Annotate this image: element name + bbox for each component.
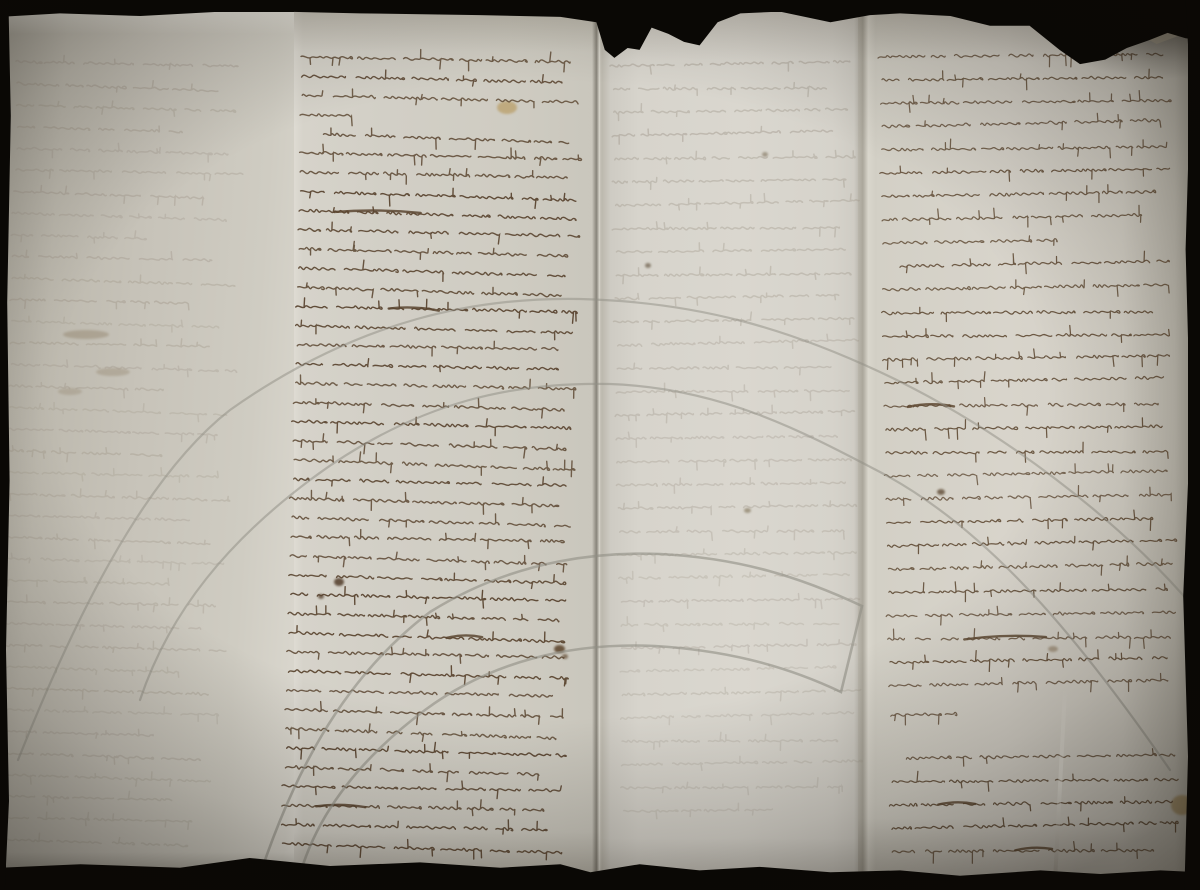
handwritten-line [289, 490, 559, 517]
left-page-handwriting [280, 46, 586, 863]
handwriting-layer [0, 0, 1200, 890]
handwritten-line [0, 832, 188, 847]
handwritten-line [886, 417, 1163, 441]
handwritten-line [8, 463, 218, 484]
handwritten-line [1, 637, 226, 657]
handwritten-line [883, 278, 1170, 300]
handwritten-line [6, 533, 210, 552]
handwritten-line [5, 445, 162, 464]
handwritten-line [18, 122, 183, 133]
handwritten-line [884, 395, 1158, 417]
handwritten-line [0, 702, 219, 723]
handwritten-line [293, 394, 564, 419]
manuscript-scan: 13 6 [0, 0, 1200, 890]
handwritten-line [285, 701, 564, 729]
handwritten-line [285, 760, 539, 784]
handwritten-line [616, 381, 849, 404]
handwritten-line [292, 509, 571, 532]
handwritten-line [886, 441, 1168, 464]
handwritten-line [888, 555, 1172, 578]
handwritten-line [616, 241, 845, 254]
handwritten-line [287, 688, 553, 698]
handwritten-line [621, 614, 839, 632]
handwritten-line [883, 236, 1058, 248]
handwritten-line [282, 836, 562, 862]
handwritten-line [882, 112, 1161, 132]
handwritten-line [889, 673, 1168, 694]
handwritten-line [613, 311, 854, 330]
watermark-arc [140, 384, 1170, 770]
handwritten-line [616, 476, 845, 494]
handwritten-line [17, 98, 236, 117]
handwritten-line [886, 604, 1175, 626]
handwritten-line [880, 162, 1170, 183]
handwritten-line [892, 815, 1178, 836]
handwritten-line [10, 297, 189, 313]
handwritten-line [299, 258, 566, 284]
handwritten-line [301, 68, 562, 89]
handwritten-line [882, 184, 1156, 206]
handwritten-line [885, 369, 1164, 389]
handwritten-line [291, 585, 566, 610]
handwritten-line [12, 210, 226, 221]
handwritten-line [616, 429, 837, 447]
strikethrough-mark [389, 307, 439, 311]
handwritten-line [882, 324, 1169, 346]
handwritten-line [12, 316, 219, 334]
handwritten-line [301, 46, 571, 74]
handwritten-line [884, 463, 1167, 486]
handwritten-line [286, 722, 556, 746]
handwritten-line [296, 373, 576, 398]
handwritten-line [616, 265, 851, 284]
handwritten-line [8, 428, 217, 443]
handwritten-line [889, 796, 1172, 813]
handwritten-line [0, 810, 192, 829]
handwritten-line [621, 777, 843, 796]
handwritten-line [614, 101, 848, 121]
handwritten-line [293, 433, 566, 459]
handwritten-line [300, 184, 576, 211]
handwritten-line [296, 357, 559, 375]
handwritten-line [11, 358, 237, 378]
strikethrough-mark [938, 802, 975, 805]
middle-page-bleedthrough-text [610, 60, 868, 819]
handwritten-line [616, 192, 859, 211]
handwritten-line [883, 347, 1170, 370]
handwritten-line [3, 574, 169, 591]
handwritten-line [14, 185, 204, 206]
handwritten-line [5, 510, 190, 521]
handwritten-line [1, 687, 208, 703]
handwritten-line [621, 755, 862, 772]
handwritten-line [9, 382, 163, 399]
handwritten-line [0, 752, 200, 767]
under-page-bleedthrough-text [0, 54, 246, 848]
handwritten-line [302, 88, 578, 109]
handwritten-line [620, 664, 836, 673]
handwritten-line [282, 776, 562, 801]
handwritten-line [617, 458, 852, 472]
handwritten-line [298, 282, 562, 302]
right-page-handwriting [878, 44, 1182, 865]
handwritten-line [887, 510, 1153, 534]
handwritten-line [16, 167, 243, 184]
handwritten-line [615, 149, 855, 164]
handwritten-line [612, 219, 839, 240]
handwritten-line [294, 470, 567, 492]
handwritten-line [892, 840, 1154, 864]
handwritten-line [291, 528, 565, 551]
handwritten-line [886, 484, 1172, 510]
handwritten-line [299, 240, 568, 263]
handwritten-line [882, 136, 1167, 161]
handwritten-line [300, 164, 568, 188]
handwritten-line [892, 768, 1178, 793]
handwritten-line [881, 90, 1172, 113]
handwritten-line [17, 141, 228, 163]
archive-watermark [18, 299, 1196, 890]
handwritten-line [612, 126, 833, 145]
handwritten-line [906, 748, 1175, 766]
strikethrough-mark [316, 804, 365, 807]
handwritten-line [624, 803, 773, 819]
handwritten-line [890, 648, 1167, 673]
handwritten-line [618, 499, 856, 516]
handwritten-line [11, 227, 146, 245]
handwritten-line [622, 685, 861, 702]
handwritten-line [17, 77, 218, 95]
handwritten-line [617, 547, 856, 564]
handwritten-line [300, 113, 353, 126]
handwritten-line [1, 725, 154, 740]
handwritten-line [291, 414, 570, 439]
handwritten-line [612, 175, 846, 190]
handwritten-line [620, 525, 844, 543]
handwritten-line [298, 221, 580, 246]
handwritten-line [323, 127, 569, 153]
handwritten-line [614, 82, 827, 99]
handwritten-line [10, 400, 227, 422]
handwritten-line [16, 54, 238, 71]
handwritten-line [610, 60, 850, 74]
handwritten-line [900, 251, 1170, 276]
handwritten-line [12, 272, 235, 287]
handwritten-line [288, 662, 568, 688]
handwritten-line [289, 625, 565, 643]
handwritten-line [617, 360, 831, 377]
handwritten-line [4, 487, 230, 506]
handwritten-line [286, 739, 566, 766]
watermark-arc [18, 299, 1196, 760]
handwritten-line [295, 320, 572, 340]
handwritten-line [12, 247, 212, 262]
handwritten-line [888, 625, 1171, 652]
handwritten-line [621, 593, 859, 612]
handwritten-line [10, 334, 209, 349]
handwritten-line [0, 768, 211, 789]
handwritten-line [294, 450, 575, 478]
handwritten-line [0, 788, 172, 809]
handwritten-line [622, 731, 838, 753]
handwritten-line [619, 569, 850, 588]
handwritten-line [882, 304, 1153, 322]
handwritten-line [882, 205, 1142, 229]
handwritten-line [621, 712, 854, 727]
handwritten-line [891, 712, 957, 725]
handwritten-line [299, 143, 581, 170]
